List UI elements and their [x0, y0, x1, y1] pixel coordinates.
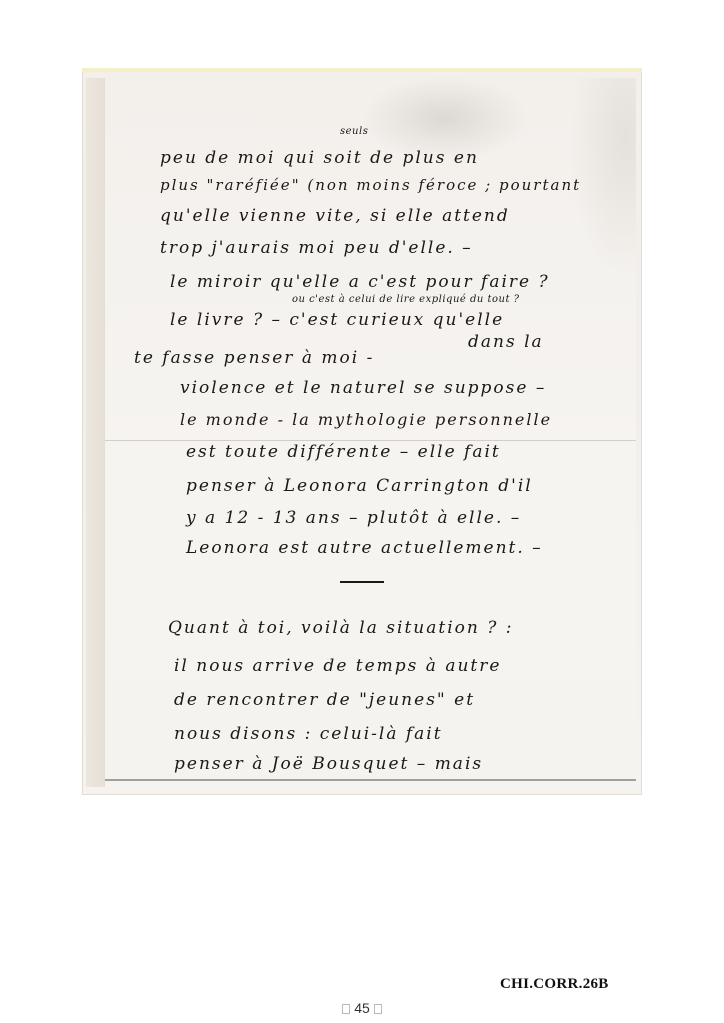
manuscript-line: nous disons : celui-là fait — [174, 724, 443, 744]
manuscript-line: de rencontrer de "jeunes" et — [174, 690, 475, 710]
manuscript-line: il nous arrive de temps à autre — [174, 656, 501, 676]
manuscript-line: peu de moi qui soit de plus en — [160, 148, 479, 168]
manuscript-line: le livre ? – c'est curieux qu'elle — [170, 310, 504, 330]
manuscript-photo: seuls peu de moi qui soit de plus en plu… — [82, 68, 642, 795]
manuscript-line: dans la — [468, 332, 544, 352]
section-divider — [340, 581, 384, 583]
page-footer: 45 — [0, 1000, 724, 1016]
manuscript-line: penser à Leonora Carrington d'il — [186, 476, 533, 496]
manuscript-line: plus "raréfiée" (non moins féroce ; pour… — [160, 176, 581, 194]
missing-glyph-icon — [342, 1004, 350, 1014]
fold-line — [105, 440, 636, 441]
manuscript-line: le monde - la mythologie personnelle — [180, 410, 552, 429]
paper-bottom-edge — [105, 779, 636, 781]
manuscript-line: le miroir qu'elle a c'est pour faire ? — [170, 272, 550, 292]
manuscript-insertion: ou c'est à celui de lire expliqué du tou… — [292, 294, 520, 305]
missing-glyph-icon — [374, 1004, 382, 1014]
manuscript-line: te fasse penser à moi - — [134, 348, 374, 368]
archive-reference: CHI.CORR.26B — [500, 976, 609, 993]
manuscript-line: est toute différente – elle fait — [186, 442, 501, 462]
page-number: 45 — [354, 1000, 370, 1016]
manuscript-line: Leonora est autre actuellement. – — [186, 538, 543, 558]
manuscript-line: penser à Joë Bousquet – mais — [174, 754, 483, 774]
manuscript-line: violence et le naturel se suppose – — [180, 378, 546, 398]
manuscript-insertion: seuls — [340, 126, 368, 137]
manuscript-line: trop j'aurais moi peu d'elle. – — [160, 238, 473, 258]
paper-left-strip — [86, 78, 104, 787]
manuscript-line: qu'elle vienne vite, si elle attend — [160, 206, 510, 226]
manuscript-line: y a 12 - 13 ans – plutôt à elle. – — [186, 508, 521, 528]
photo-top-edge — [82, 68, 642, 72]
manuscript-line: Quant à toi, voilà la situation ? : — [168, 618, 513, 638]
